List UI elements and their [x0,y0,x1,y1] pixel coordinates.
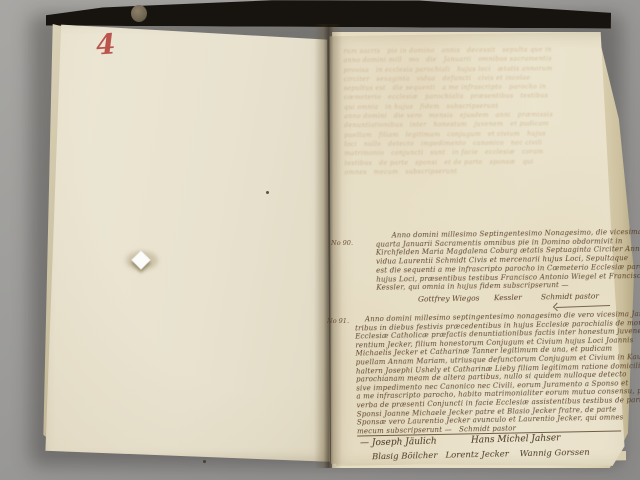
scanned-register-spread: 4 rum sacris pie in domino annis decessi… [0,0,640,480]
folio-number-red: 4 [95,27,117,61]
entry1-margin-number: No 90. [331,239,353,247]
ink-speck [203,460,206,463]
stain-blot [131,5,147,22]
left-page [44,22,330,464]
entry2-marriage-record: Anno domini millesimo septingentesimo no… [355,310,621,436]
entry1-burial-record: Anno domini millesimo Septingentesimo No… [376,228,617,292]
ink-speck [266,191,269,194]
bleedthrough-text: rum sacris pie in domino annis decessit … [343,45,602,177]
entry2-margin-number: No 91. [327,317,349,325]
